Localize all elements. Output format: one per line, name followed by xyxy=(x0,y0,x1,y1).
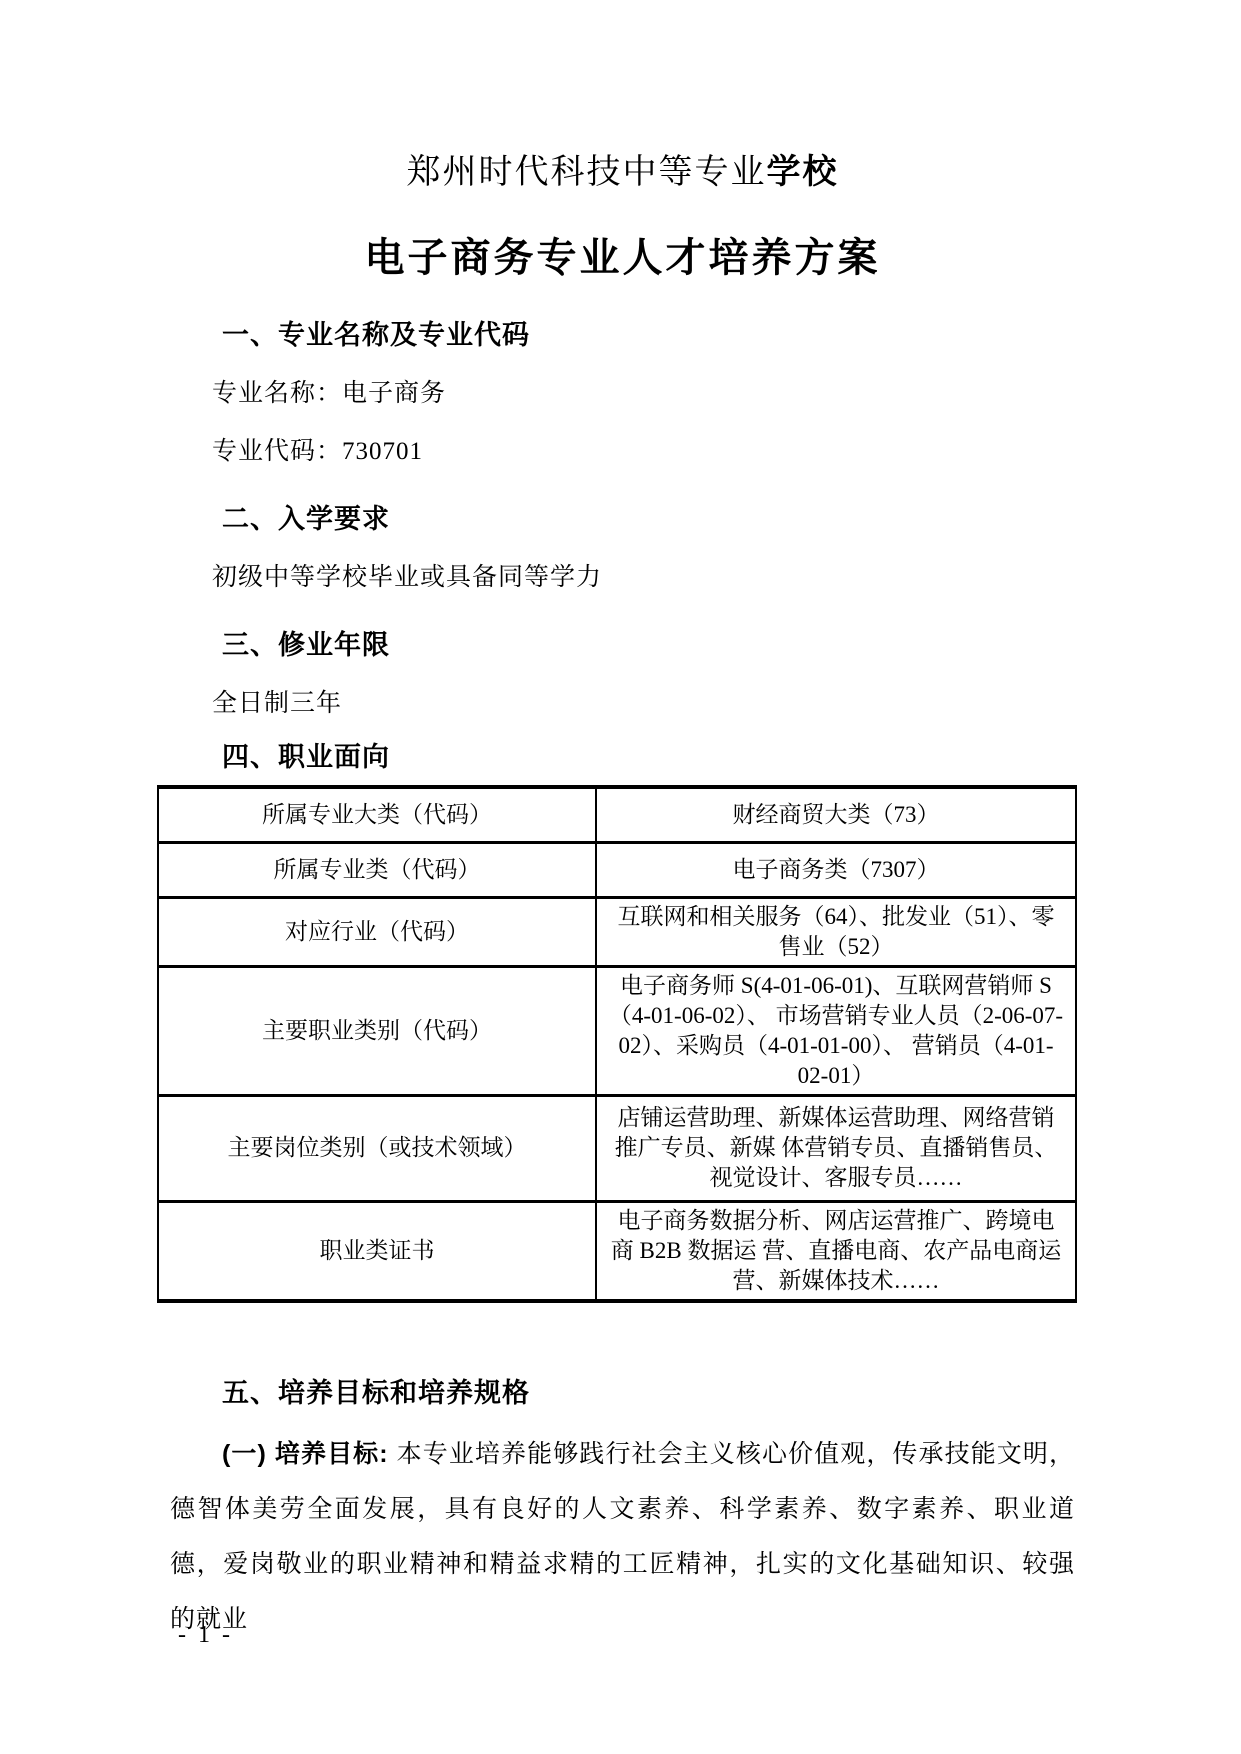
row-value-cell: 店铺运营助理、新媒体运营助理、网络营销推广专员、新媒 体营销专员、直播销售员、视… xyxy=(596,1095,1076,1201)
table-row-major-category: 所属专业大类（代码） 财经商贸大类（73） xyxy=(158,787,1076,842)
heading-section-3-duration: 三、修业年限 xyxy=(222,627,1075,663)
row-label-cell: 对应行业（代码） xyxy=(158,897,596,966)
row-value-cell: 电子商务数据分析、网店运营推广、跨境电商 B2B 数据运 营、直播电商、农产品电… xyxy=(596,1201,1076,1301)
table-row-major-class: 所属专业类（代码） 电子商务类（7307） xyxy=(158,842,1076,897)
table-row-certificates: 职业类证书 电子商务数据分析、网店运营推广、跨境电商 B2B 数据运 营、直播电… xyxy=(158,1201,1076,1301)
table-row-industry: 对应行业（代码） 互联网和相关服务（64）、批发业（51）、零售业（52） xyxy=(158,897,1076,966)
row-label-cell: 所属专业类（代码） xyxy=(158,842,596,897)
row-value-cell: 互联网和相关服务（64）、批发业（51）、零售业（52） xyxy=(596,897,1076,966)
study-duration-line: 全日制三年 xyxy=(212,687,1075,721)
document-page: 郑州时代科技中等专业学校 电子商务专业人才培养方案 一、专业名称及专业代码 专业… xyxy=(0,0,1241,1754)
training-objective-paragraph: (一) 培养目标: 本专业培养能够践行社会主义核心价值观，传承技能文明，德智体美… xyxy=(170,1427,1075,1647)
major-name-line: 专业名称：电子商务 xyxy=(212,377,1075,411)
career-orientation-table: 所属专业大类（代码） 财经商贸大类（73） 所属专业类（代码） 电子商务类（73… xyxy=(157,785,1077,1303)
row-label-cell: 所属专业大类（代码） xyxy=(158,787,596,842)
row-value-cell: 财经商贸大类（73） xyxy=(596,787,1076,842)
paragraph-body-text: 本专业培养能够践行社会主义核心价值观，传承技能文明，德智体美劳全面发展，具有良好… xyxy=(170,1441,1075,1633)
admission-requirement-line: 初级中等学校毕业或具备同等学力 xyxy=(212,561,1075,595)
document-title: 电子商务专业人才培养方案 xyxy=(170,231,1075,285)
career-table-body: 所属专业大类（代码） 财经商贸大类（73） 所属专业类（代码） 电子商务类（73… xyxy=(158,787,1076,1301)
heading-section-2-admission: 二、入学要求 xyxy=(222,501,1075,537)
row-label-cell: 职业类证书 xyxy=(158,1201,596,1301)
heading-section-1-major-name-code: 一、专业名称及专业代码 xyxy=(222,317,1075,353)
table-row-post-category: 主要岗位类别（或技术领域） 店铺运营助理、新媒体运营助理、网络营销推广专员、新媒… xyxy=(158,1095,1076,1201)
heading-section-5-training-objectives: 五、培养目标和培养规格 xyxy=(222,1375,1075,1411)
row-value-cell: 电子商务类（7307） xyxy=(596,842,1076,897)
major-code-line: 专业代码：730701 xyxy=(212,435,1075,469)
school-name-bold-part: 学校 xyxy=(767,153,839,191)
row-value-cell: 电子商务师 S(4-01-06-01)、互联网营销师 S（4-01-06-02）… xyxy=(596,966,1076,1095)
page-number: - 1 - xyxy=(178,1622,233,1649)
paragraph-lead-label: (一) 培养目标: xyxy=(222,1440,397,1468)
row-label-cell: 主要岗位类别（或技术领域） xyxy=(158,1095,596,1201)
row-label-cell: 主要职业类别（代码） xyxy=(158,966,596,1095)
school-name-regular-part: 郑州时代科技中等专业 xyxy=(407,154,767,191)
school-name-title: 郑州时代科技中等专业学校 xyxy=(170,150,1075,195)
heading-section-4-career-orientation: 四、职业面向 xyxy=(222,739,1075,775)
table-row-occupation-category: 主要职业类别（代码） 电子商务师 S(4-01-06-01)、互联网营销师 S（… xyxy=(158,966,1076,1095)
